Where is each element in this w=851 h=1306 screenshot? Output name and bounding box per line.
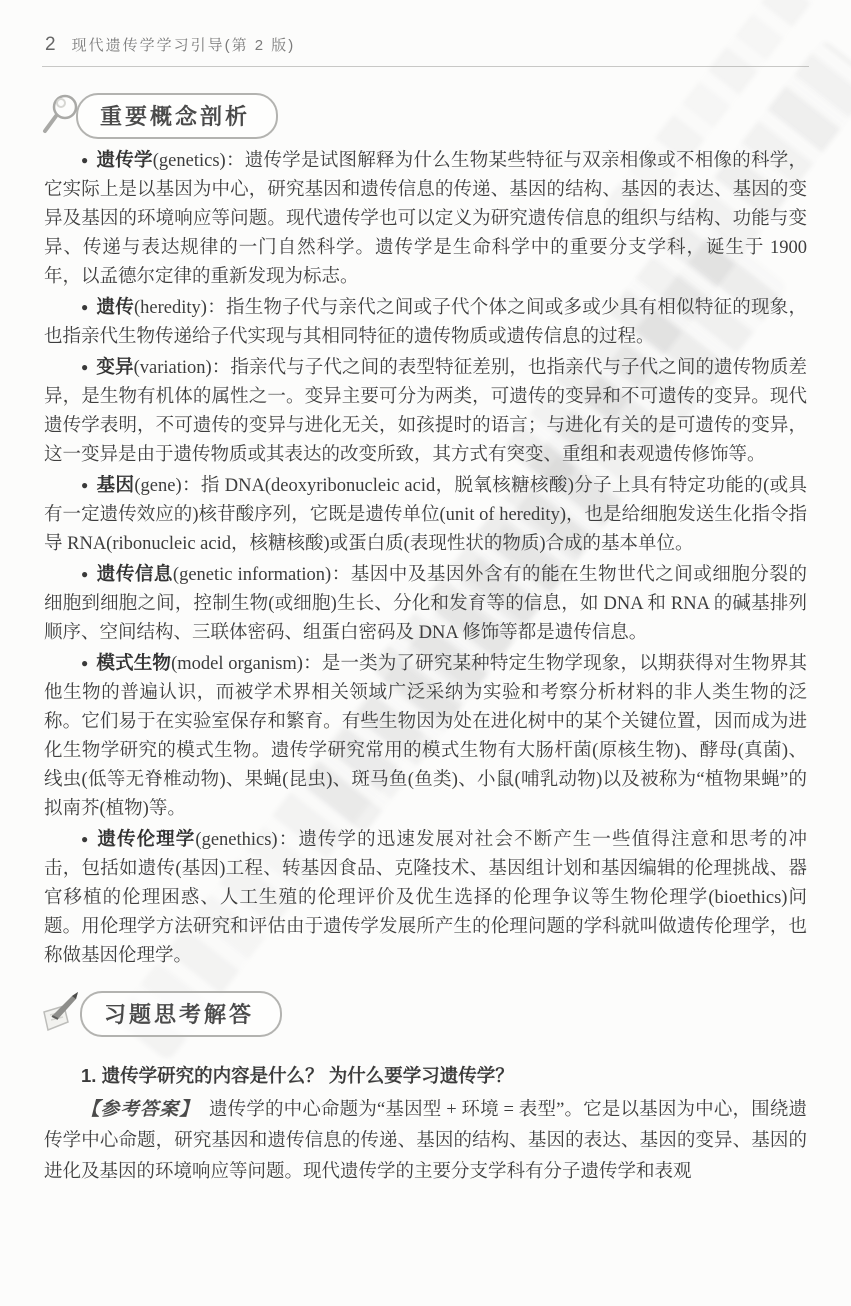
bullet-icon: ● bbox=[81, 360, 96, 374]
concept-term: 变异 bbox=[96, 356, 133, 377]
concept-list: ●遗传学(genetics)：遗传学是试图解释为什么生物某些特征与双亲相像或不相… bbox=[0, 145, 851, 971]
concept-paragraph: ●遗传伦理学(genethics)：遗传学的迅速发展对社会不断产生一些值得注意和… bbox=[44, 824, 807, 971]
concept-text: 遗传学是试图解释为什么生物某些特征与双亲相像或不相像的科学，它实际上是以基因为中… bbox=[44, 151, 807, 287]
book-title: 现代遗传学学习引导(第 2 版) bbox=[72, 34, 296, 55]
concept-text: 是一类为了研究某种特定生物学现象，以期获得对生物界其他生物的普遍认识，而被学术界… bbox=[44, 654, 807, 819]
bullet-icon: ● bbox=[81, 567, 97, 581]
concept-paragraph: ●基因(gene)：指 DNA(deoxyribonucleic acid，脱氧… bbox=[44, 470, 807, 559]
bullet-icon: ● bbox=[81, 153, 97, 167]
bullet-icon: ● bbox=[81, 478, 97, 492]
concept-term-english: (variation)： bbox=[134, 358, 231, 378]
section-title: 习题思考解答 bbox=[80, 991, 282, 1037]
magnifier-icon bbox=[38, 91, 84, 142]
concept-term: 基因 bbox=[97, 474, 135, 495]
book-page: 2 现代遗传学学习引导(第 2 版) 重要概念剖析 ●遗传学(genetics)… bbox=[0, 0, 851, 1306]
running-head: 2 现代遗传学学习引导(第 2 版) bbox=[0, 0, 851, 66]
bullet-icon: ● bbox=[81, 832, 97, 846]
bullet-icon: ● bbox=[81, 656, 96, 670]
concept-paragraph: ●遗传学(genetics)：遗传学是试图解释为什么生物某些特征与双亲相像或不相… bbox=[44, 145, 807, 292]
concept-text: 遗传学的迅速发展对社会不断产生一些值得注意和思考的冲击，包括如遗传(基因)工程、… bbox=[44, 830, 807, 966]
exercise-question: 1. 遗传学研究的内容是什么？ 为什么要学习遗传学？ bbox=[44, 1061, 807, 1091]
concept-term: 遗传学 bbox=[97, 149, 153, 170]
concept-term-english: (heredity)： bbox=[134, 298, 226, 318]
bullet-icon: ● bbox=[81, 300, 97, 314]
concept-term-english: (genetic information)： bbox=[173, 565, 351, 585]
pen-icon bbox=[38, 988, 88, 1041]
concept-term: 模式生物 bbox=[96, 652, 171, 673]
concept-term-english: (gene)： bbox=[134, 476, 201, 496]
section-title: 重要概念剖析 bbox=[76, 93, 278, 139]
concept-term: 遗传信息 bbox=[97, 563, 173, 584]
concept-paragraph: ●遗传(heredity)：指生物子代与亲代之间或子代个体之间或多或少具有相似特… bbox=[44, 292, 807, 352]
section-header-exercises: 习题思考解答 bbox=[38, 991, 851, 1037]
concept-term: 遗传伦理学 bbox=[97, 828, 195, 849]
exercise-block: 1. 遗传学研究的内容是什么？ 为什么要学习遗传学？ 【参考答案】遗传学的中心命… bbox=[0, 1061, 851, 1188]
header-rule bbox=[42, 66, 809, 67]
concept-paragraph: ●遗传信息(genetic information)：基因中及基因外含有的能在生… bbox=[44, 559, 807, 648]
concept-term-english: (model organism)： bbox=[171, 654, 322, 674]
concept-term-english: (genethics)： bbox=[195, 830, 298, 850]
answer-label: 【参考答案】 bbox=[81, 1100, 209, 1120]
concept-term: 遗传 bbox=[97, 296, 135, 317]
concept-paragraph: ●模式生物(model organism)：是一类为了研究某种特定生物学现象，以… bbox=[44, 648, 807, 824]
concept-paragraph: ●变异(variation)：指亲代与子代之间的表型特征差别，也指亲代与子代之间… bbox=[44, 352, 807, 470]
section-header-concepts: 重要概念剖析 bbox=[38, 93, 851, 139]
page-number: 2 bbox=[45, 34, 56, 56]
exercise-answer: 【参考答案】遗传学的中心命题为“基因型 + 环境 = 表型”。它是以基因为中心，… bbox=[44, 1095, 807, 1188]
concept-term-english: (genetics)： bbox=[153, 151, 245, 171]
